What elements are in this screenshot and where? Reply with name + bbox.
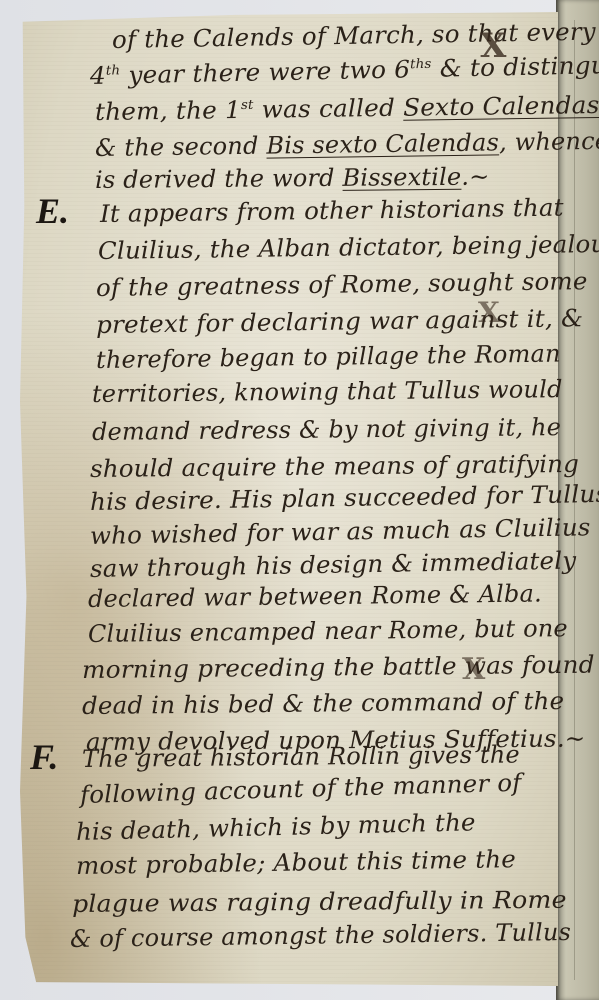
text-line: is derived the word Bissextile.~ [95,163,490,194]
text-line: declared war between Rome & Alba. [88,579,542,613]
text-line: It appears from other historians that [100,194,564,228]
text-line: them, the 1st was called Sexto Calendas [95,91,599,126]
text-line: & the second Bis sexto Calendas, whence [95,127,599,162]
text-line: Cluilius, the Alban dictator, being jeal… [98,230,599,265]
line-text: & to distinguish [431,50,599,82]
line-text: was called [253,94,403,124]
superscript: st [241,98,254,113]
text-line: plague was raging dreadfully in Rome [72,886,567,918]
superscript: ths [410,57,432,72]
text-line: therefore began to pillage the Roman [96,340,561,374]
underlined-term: Sexto Calendas [403,91,599,122]
line-text: & the second [95,132,267,162]
line-text: year there were two 6 [120,55,410,89]
line-text: them, the 1 [95,96,241,126]
text-line: saw through his design & immediately [90,547,577,583]
ink-cross-mark: X [478,296,500,329]
text-line: following account of the manner of [80,769,522,809]
underlined-term: Bis sexto Calendas [266,128,499,159]
text-line: morning preceding the battle was found [82,651,595,684]
text-line: pretext for declaring war against it, & [96,304,584,339]
text-line: & of course amongst the soldiers. Tullus [70,918,571,953]
text-line: territories, knowing that Tullus would [92,375,563,408]
superscript: th [106,63,121,78]
text-line: Cluilius encamped near Rome, but one [88,614,568,648]
line-text: is derived the word [95,164,343,194]
text-line: his desire. His plan succeeded for Tullu… [90,480,599,516]
text-line: most probable; About this time the [76,845,516,880]
section-marker-e: E. [36,190,69,232]
text-line: of the greatness of Rome, sought some [96,267,588,302]
ink-cross-mark: X [462,652,485,687]
manuscript-text: of the Calends of March, so that every 4… [0,0,599,1000]
text-line: The great historian Rollin gives the [82,740,520,773]
underlined-term: Bissextile [342,163,461,192]
text-line: his death, which is by much the [76,808,476,846]
text-line: should acquire the means of gratifying [90,450,579,483]
line-text: 4 [90,62,107,90]
text-line: who wished for war as much as Cluilius [90,513,591,550]
text-line: dead in his bed & the command of the [82,687,565,720]
ink-cross-mark: X [480,26,506,66]
section-marker-f: F. [30,736,58,778]
line-text: of the Calends of March, so that every [112,18,596,54]
line-text: , whence [499,127,599,157]
line-text: .~ [461,163,489,191]
text-line: of the Calends of March, so that every [112,18,596,54]
text-line: demand redress & by not giving it, he [92,413,561,446]
text-line: 4th year there were two 6ths & to distin… [90,50,599,90]
